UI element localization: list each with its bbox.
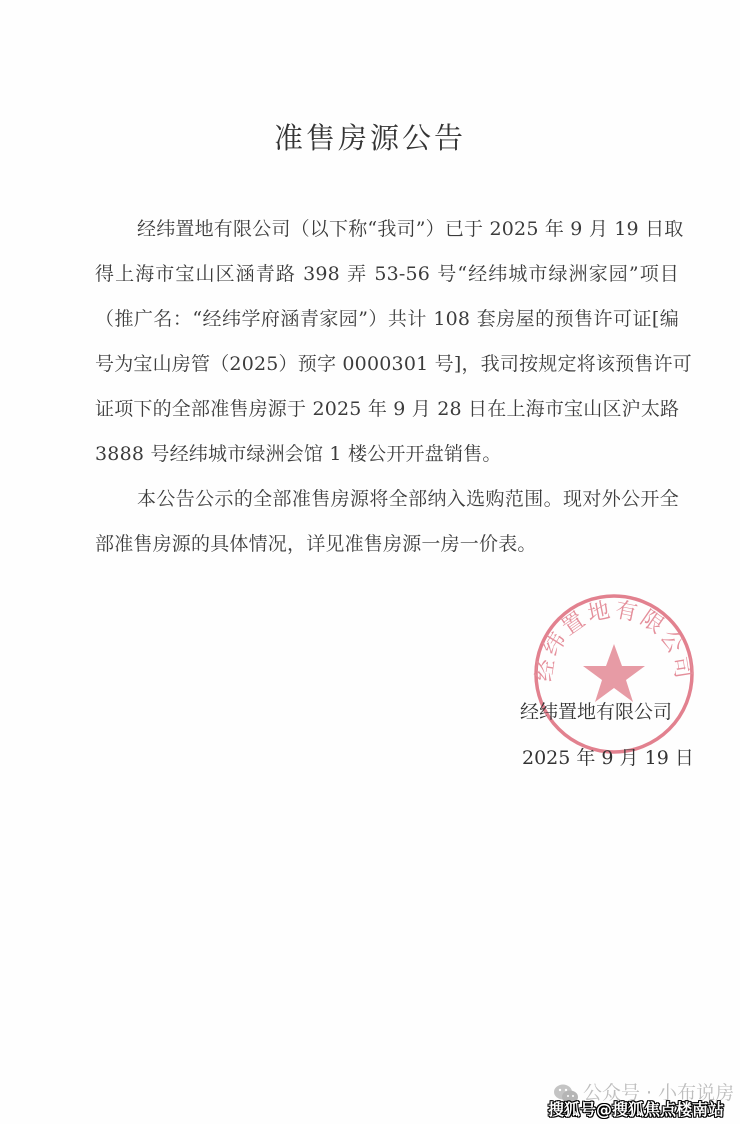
paragraph-line: 证项下的全部准售房源于 2025 年 9 月 28 日在上海市宝山区沪太路 xyxy=(95,394,679,421)
company-stamp: 经纬置地有限公司 xyxy=(532,592,696,756)
star-icon xyxy=(583,644,645,702)
announcement-title: 准售房源公告 xyxy=(0,116,740,157)
sohu-watermark: 搜狐号@搜狐焦点楼南站 xyxy=(548,1097,724,1120)
paragraph-line: 部准售房源的具体情况，详见准售房源一房一价表。 xyxy=(95,529,679,556)
paragraph-line: 号为宝山房管（2025）预字 0000301 号]，我司按规定将该预售许可 xyxy=(95,349,679,376)
paragraph-line: 本公告公示的全部准售房源将全部纳入选购范围。现对外公开全 xyxy=(137,484,679,511)
paragraph-line: 经纬置地有限公司（以下称“我司”）已于 2025 年 9 月 19 日取 xyxy=(137,214,679,241)
paragraph-line: （推广名：“经纬学府涵青家园”）共计 108 套房屋的预售许可证[编 xyxy=(95,304,679,331)
signature-date: 2025 年 9 月 19 日 xyxy=(522,743,694,770)
paragraph-line: 3888 号经纬城市绿洲会馆 1 楼公开开盘销售。 xyxy=(95,439,679,466)
paragraph-line: 得上海市宝山区涵青路 398 弄 53-56 号“经纬城市绿洲家园”项目 xyxy=(95,259,679,286)
signature-company: 经纬置地有限公司 xyxy=(520,697,672,724)
